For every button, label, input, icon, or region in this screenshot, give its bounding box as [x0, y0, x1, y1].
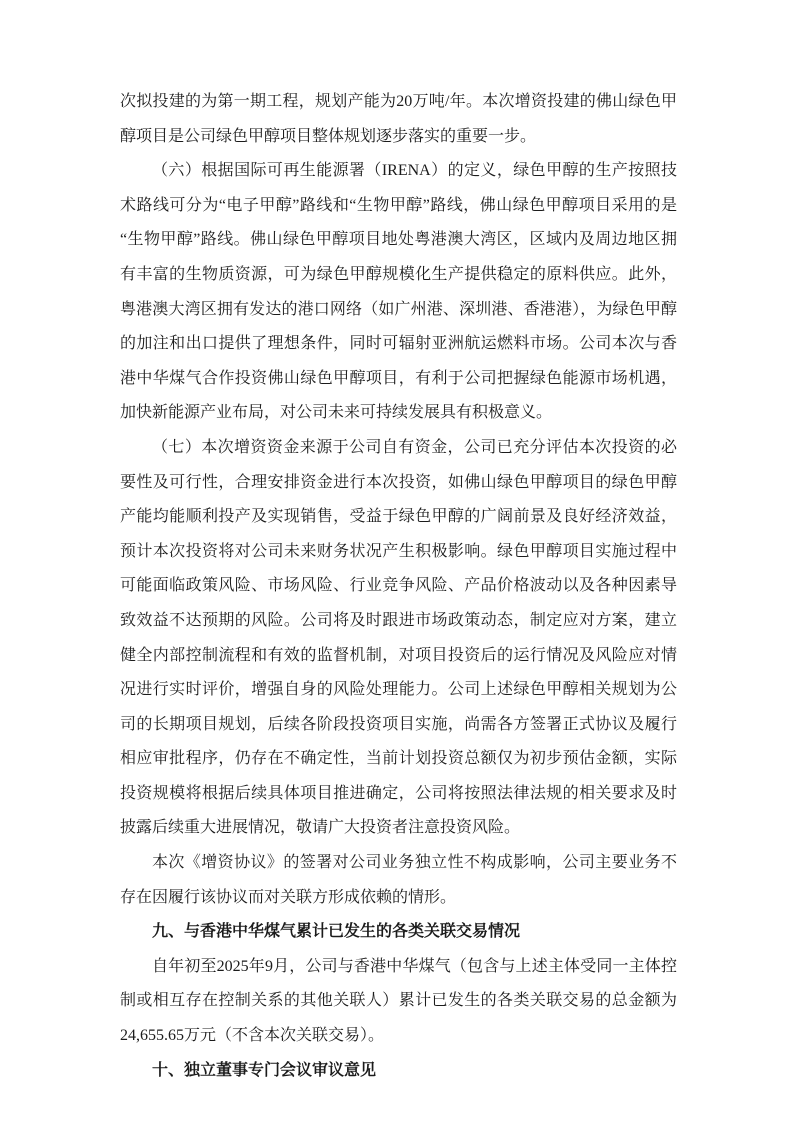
paragraph: 自年初至2025年9月，公司与香港中华煤气（包含与上述主体受同一主体控制或相互存… [120, 950, 677, 1054]
document-page: 次拟投建的为第一期工程，规划产能为20万吨/年。本次增资投建的佛山绿色甲醇项目是… [0, 0, 793, 1122]
paragraph: （六）根据国际可再生能源署（IRENA）的定义，绿色甲醇的生产按照技术路线可分为… [120, 154, 677, 431]
paragraph: （七）本次增资资金来源于公司自有资金，公司已充分评估本次投资的必要性及可行性，合… [120, 431, 677, 846]
section-heading: 十、独立董事专门会议审议意见 [120, 1054, 677, 1089]
document-body: 次拟投建的为第一期工程，规划产能为20万吨/年。本次增资投建的佛山绿色甲醇项目是… [120, 85, 677, 1088]
paragraph: 次拟投建的为第一期工程，规划产能为20万吨/年。本次增资投建的佛山绿色甲醇项目是… [120, 85, 677, 154]
paragraph: 本次《增资协议》的签署对公司业务独立性不构成影响，公司主要业务不存在因履行该协议… [120, 846, 677, 915]
section-heading: 九、与香港中华煤气累计已发生的各类关联交易情况 [120, 915, 677, 950]
